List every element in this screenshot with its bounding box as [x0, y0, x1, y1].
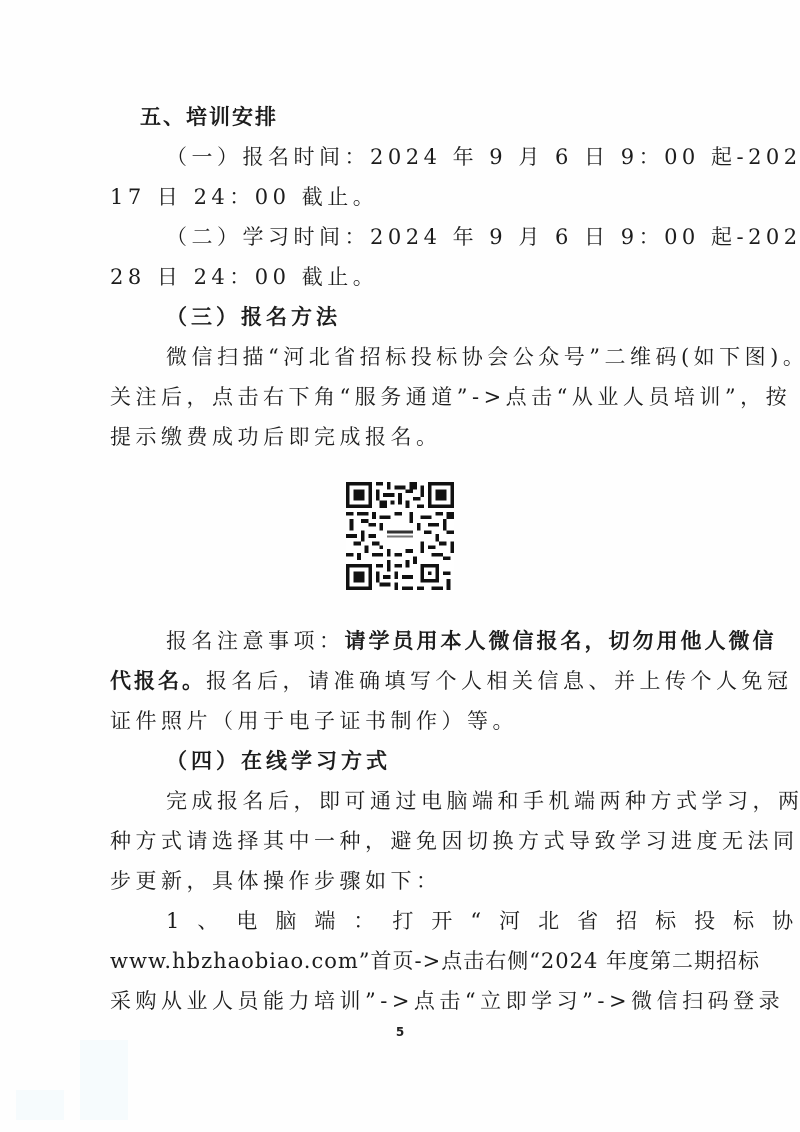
page-number: 5	[0, 1025, 800, 1039]
online-study-heading: （四）在线学习方式	[110, 741, 702, 781]
registration-time-line-1: （一）报名时间：2024 年 9 月 6 日 9：00 起-2025 年 2 月	[110, 137, 702, 177]
registration-method-line-3: 提示缴费成功后即完成报名。	[110, 417, 702, 457]
notice-line-2: 代报名。报名后，请准确填写个人相关信息、并上传个人免冠	[110, 661, 702, 701]
step1-line-2: www.hbzhaobiao.com”首页->点击右侧“2024 年度第二期招标	[110, 941, 702, 981]
registration-method-heading: （三）报名方法	[110, 297, 702, 337]
step1-line-1: 1、电脑端：打开“河北省招标投标协会网	[110, 901, 702, 941]
qr-code-icon	[345, 482, 455, 590]
notice-line-1: 报名注意事项：请学员用本人微信报名，切勿用他人微信	[110, 621, 702, 661]
notice-rest-text: 报名后，请准确填写个人相关信息、并上传个人免冠	[206, 669, 793, 693]
notice-bold-text-1: 请学员用本人微信报名，切勿用他人微信	[345, 629, 777, 653]
study-time-line-2: 28 日 24：00 截止。	[110, 257, 702, 297]
document-page: 五、培训安排 （一）报名时间：2024 年 9 月 6 日 9：00 起-202…	[0, 0, 800, 1132]
notice-and-study-section: 报名注意事项：请学员用本人微信报名，切勿用他人微信 代报名。报名后，请准确填写个…	[110, 621, 702, 1021]
registration-method-line-1: 微信扫描“河北省招标投标协会公众号”二维码(如下图)。	[110, 337, 702, 377]
study-time-line-1: （二）学习时间：2024 年 9 月 6 日 9：00 起-2025 年 2 月	[110, 217, 702, 257]
online-study-line-2: 种方式请选择其中一种，避免因切换方式导致学习进度无法同	[110, 821, 702, 861]
online-study-line-3: 步更新，具体操作步骤如下：	[110, 861, 702, 901]
training-arrangements-section: 五、培训安排 （一）报名时间：2024 年 9 月 6 日 9：00 起-202…	[110, 97, 702, 457]
step1-line-3: 采购从业人员能力培训”->点击“立即学习”->微信扫码登录	[110, 981, 702, 1021]
registration-time-line-2: 17 日 24：00 截止。	[110, 177, 702, 217]
section-heading: 五、培训安排	[110, 97, 702, 137]
notice-label: 报名注意事项：	[166, 629, 345, 653]
notice-line-3: 证件照片（用于电子证书制作）等。	[110, 701, 702, 741]
registration-method-line-2: 关注后，点击右下角“服务通道”->点击“从业人员培训”，按	[110, 377, 702, 417]
online-study-line-1: 完成报名后，即可通过电脑端和手机端两种方式学习，两	[110, 781, 702, 821]
scan-artifact	[16, 1090, 64, 1120]
scan-artifact	[80, 1040, 128, 1120]
notice-bold-text-2: 代报名。	[110, 669, 206, 693]
website-link: www.hbzhaobiao.com”首页->点击右侧“2024 年度第二期招标	[110, 949, 760, 973]
wechat-qr-code	[345, 482, 455, 590]
